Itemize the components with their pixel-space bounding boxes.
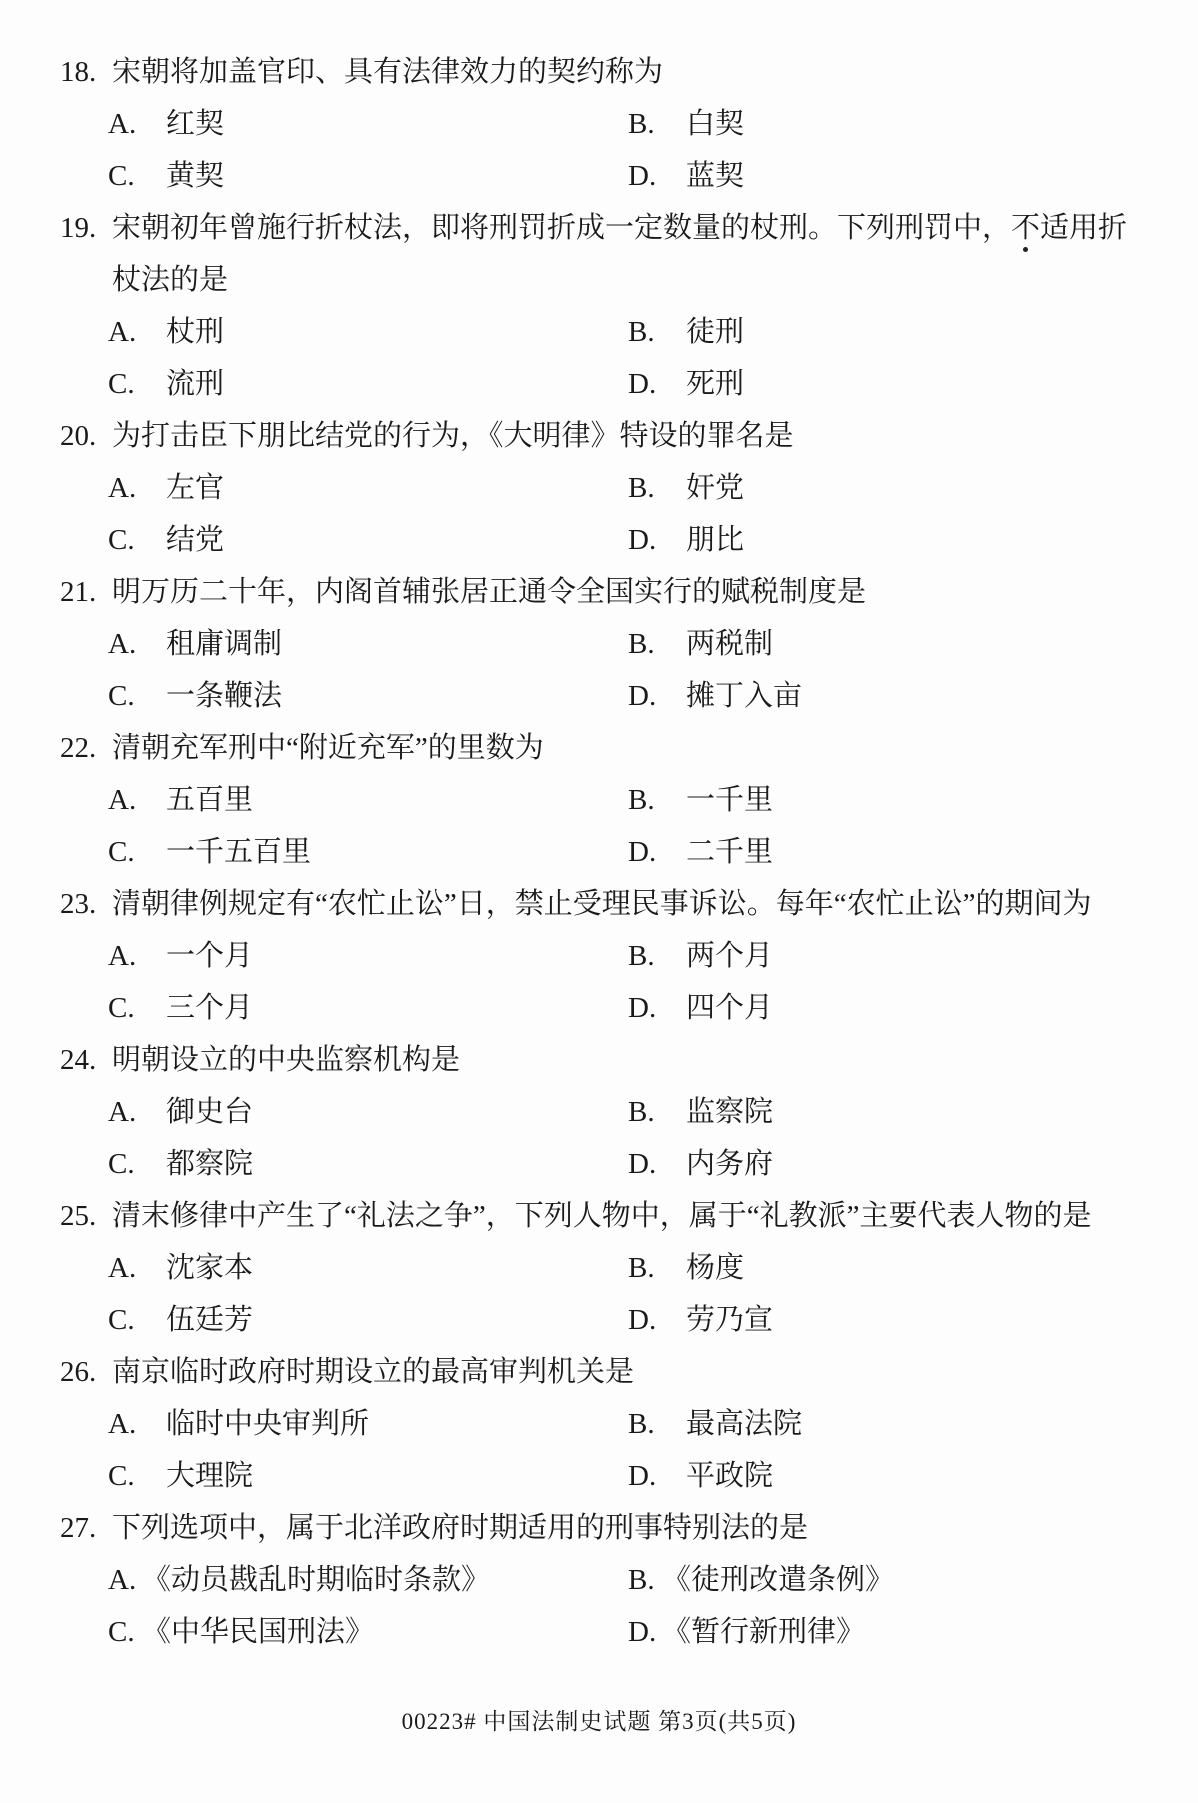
option-text: 死刑 <box>686 368 744 400</box>
option-letter: A. <box>108 618 166 670</box>
option-c: C.流刑 <box>108 368 224 400</box>
option-a: A.杖刑 <box>108 316 224 348</box>
option-text: 监察院 <box>686 1096 773 1128</box>
option-b: B.两个月 <box>628 930 773 982</box>
option-letter: A. <box>108 1086 166 1138</box>
option-letter: B. <box>628 1398 686 1450</box>
option-text: 《动员戡乱时期临时条款》 <box>142 1564 490 1596</box>
option-letter: B. <box>628 306 686 358</box>
option-text: 两个月 <box>686 940 773 972</box>
option-b: B.一千里 <box>628 774 773 826</box>
option-text: 《徒刑改遣条例》 <box>662 1564 894 1596</box>
option-text: 杨度 <box>686 1252 744 1284</box>
option-text: 五百里 <box>166 784 253 816</box>
option-text: 四个月 <box>686 992 773 1024</box>
option-letter: D. <box>628 1294 686 1346</box>
question-block: 20. 为打击臣下朋比结党的行为，《大明律》特设的罪名是 A.左官 B.奸党 C… <box>60 410 1152 566</box>
option-c: C.黄契 <box>108 160 224 192</box>
option-a: A.一个月 <box>108 940 253 972</box>
question-text: 宋朝初年曾施行折杖法，即将刑罚折成一定数量的杖刑。下列刑罚中，不适用折杖法的是 <box>112 202 1152 306</box>
option-letter: A. <box>108 1398 166 1450</box>
option-b: B.奸党 <box>628 462 744 514</box>
option-d: D.蓝契 <box>628 150 744 202</box>
option-letter: C. <box>108 1606 142 1658</box>
option-a: A.租庸调制 <box>108 628 282 660</box>
option-text: 徒刑 <box>686 316 744 348</box>
option-text: 沈家本 <box>166 1252 253 1284</box>
option-text: 临时中央审判所 <box>166 1408 369 1440</box>
option-d: D.内务府 <box>628 1138 773 1190</box>
option-text: 一千五百里 <box>166 836 311 868</box>
option-letter: C. <box>108 1450 166 1502</box>
option-text: 二千里 <box>686 836 773 868</box>
option-c: C.一千五百里 <box>108 836 311 868</box>
option-c: C.一条鞭法 <box>108 680 282 712</box>
option-d: D.死刑 <box>628 358 744 410</box>
question-block: 21. 明万历二十年，内阁首辅张居正通令全国实行的赋税制度是 A.租庸调制 B.… <box>60 566 1152 722</box>
option-c: C.结党 <box>108 524 224 556</box>
option-b: B.监察院 <box>628 1086 773 1138</box>
option-d: D.二千里 <box>628 826 773 878</box>
option-a: A.五百里 <box>108 784 253 816</box>
option-letter: D. <box>628 358 686 410</box>
option-text: 两税制 <box>686 628 773 660</box>
option-letter: C. <box>108 1294 166 1346</box>
question-number: 18. <box>60 46 112 98</box>
question-number: 25. <box>60 1190 112 1242</box>
exam-content: 18. 宋朝将加盖官印、具有法律效力的契约称为 A.红契 B.白契 C.黄契 D… <box>60 46 1152 1658</box>
option-text: 《暂行新刑律》 <box>662 1616 865 1648</box>
question-block: 25. 清末修律中产生了“礼法之争”，下列人物中，属于“礼教派”主要代表人物的是… <box>60 1190 1152 1346</box>
option-text: 一个月 <box>166 940 253 972</box>
question-text: 明朝设立的中央监察机构是 <box>112 1034 1152 1086</box>
option-text: 朋比 <box>686 524 744 556</box>
option-b: B.徒刑 <box>628 306 744 358</box>
option-text: 三个月 <box>166 992 253 1024</box>
question-number: 21. <box>60 566 112 618</box>
option-letter: C. <box>108 982 166 1034</box>
question-text: 清朝充军刑中“附近充军”的里数为 <box>112 722 1152 774</box>
option-text: 摊丁入亩 <box>686 680 802 712</box>
option-letter: D. <box>628 514 686 566</box>
question-text: 南京临时政府时期设立的最高审判机关是 <box>112 1346 1152 1398</box>
question-text: 下列选项中，属于北洋政府时期适用的刑事特别法的是 <box>112 1502 1152 1554</box>
option-b: B.白契 <box>628 98 744 150</box>
option-c: C.三个月 <box>108 992 253 1024</box>
question-number: 27. <box>60 1502 112 1554</box>
option-d: D.朋比 <box>628 514 744 566</box>
option-text: 蓝契 <box>686 160 744 192</box>
question-block: 23. 清朝律例规定有“农忙止讼”日，禁止受理民事诉讼。每年“农忙止讼”的期间为… <box>60 878 1152 1034</box>
option-letter: B. <box>628 774 686 826</box>
question-number: 22. <box>60 722 112 774</box>
option-text: 白契 <box>686 108 744 140</box>
option-letter: B. <box>628 930 686 982</box>
option-letter: B. <box>628 1554 662 1606</box>
question-number: 26. <box>60 1346 112 1398</box>
option-text: 平政院 <box>686 1460 773 1492</box>
question-text: 为打击臣下朋比结党的行为，《大明律》特设的罪名是 <box>112 410 1152 462</box>
option-d: D.劳乃宣 <box>628 1294 773 1346</box>
option-letter: D. <box>628 150 686 202</box>
option-a: A.沈家本 <box>108 1252 253 1284</box>
option-letter: D. <box>628 1138 686 1190</box>
option-text: 黄契 <box>166 160 224 192</box>
option-c: C.都察院 <box>108 1148 253 1180</box>
option-a: A.御史台 <box>108 1096 253 1128</box>
question-number: 19. <box>60 202 112 306</box>
option-text: 劳乃宣 <box>686 1304 773 1336</box>
option-b: B.最高法院 <box>628 1398 802 1450</box>
option-letter: D. <box>628 670 686 722</box>
option-text: 一千里 <box>686 784 773 816</box>
option-text: 结党 <box>166 524 224 556</box>
option-letter: B. <box>628 98 686 150</box>
option-d: D.四个月 <box>628 982 773 1034</box>
option-b: B.杨度 <box>628 1242 744 1294</box>
option-letter: D. <box>628 982 686 1034</box>
option-letter: D. <box>628 826 686 878</box>
option-d: D.摊丁入亩 <box>628 670 802 722</box>
page-footer: 00223# 中国法制史试题 第3页(共5页) <box>0 1698 1198 1746</box>
option-letter: C. <box>108 514 166 566</box>
option-letter: C. <box>108 358 166 410</box>
option-letter: B. <box>628 462 686 514</box>
exam-page: 18. 宋朝将加盖官印、具有法律效力的契约称为 A.红契 B.白契 C.黄契 D… <box>0 0 1198 1803</box>
option-letter: A. <box>108 1242 166 1294</box>
option-text: 伍廷芳 <box>166 1304 253 1336</box>
question-block: 18. 宋朝将加盖官印、具有法律效力的契约称为 A.红契 B.白契 C.黄契 D… <box>60 46 1152 202</box>
option-letter: C. <box>108 670 166 722</box>
option-a: A.《动员戡乱时期临时条款》 <box>108 1564 490 1596</box>
question-number: 23. <box>60 878 112 930</box>
option-letter: C. <box>108 150 166 202</box>
option-d: D.《暂行新刑律》 <box>628 1606 865 1658</box>
option-letter: D. <box>628 1606 662 1658</box>
option-text: 租庸调制 <box>166 628 282 660</box>
question-text: 明万历二十年，内阁首辅张居正通令全国实行的赋税制度是 <box>112 566 1152 618</box>
option-letter: A. <box>108 306 166 358</box>
option-text: 流刑 <box>166 368 224 400</box>
option-letter: B. <box>628 618 686 670</box>
question-number: 20. <box>60 410 112 462</box>
option-letter: C. <box>108 826 166 878</box>
option-text: 内务府 <box>686 1148 773 1180</box>
option-b: B.《徒刑改遣条例》 <box>628 1554 894 1606</box>
option-a: A.左官 <box>108 472 224 504</box>
option-letter: A. <box>108 98 166 150</box>
option-text: 一条鞭法 <box>166 680 282 712</box>
option-text: 御史台 <box>166 1096 253 1128</box>
option-c: C.大理院 <box>108 1460 253 1492</box>
question-block: 24. 明朝设立的中央监察机构是 A.御史台 B.监察院 C.都察院 D.内务府 <box>60 1034 1152 1190</box>
option-text: 《中华民国刑法》 <box>142 1616 374 1648</box>
question-number: 24. <box>60 1034 112 1086</box>
option-letter: A. <box>108 930 166 982</box>
question-block: 27. 下列选项中，属于北洋政府时期适用的刑事特别法的是 A.《动员戡乱时期临时… <box>60 1502 1152 1658</box>
question-block: 22. 清朝充军刑中“附近充军”的里数为 A.五百里 B.一千里 C.一千五百里… <box>60 722 1152 878</box>
option-c: C.《中华民国刑法》 <box>108 1616 374 1648</box>
question-block: 19. 宋朝初年曾施行折杖法，即将刑罚折成一定数量的杖刑。下列刑罚中，不适用折杖… <box>60 202 1152 410</box>
option-letter: B. <box>628 1242 686 1294</box>
option-letter: B. <box>628 1086 686 1138</box>
option-text: 大理院 <box>166 1460 253 1492</box>
question-text: 清末修律中产生了“礼法之争”，下列人物中，属于“礼教派”主要代表人物的是 <box>112 1190 1152 1242</box>
option-letter: A. <box>108 1554 142 1606</box>
option-text: 杖刑 <box>166 316 224 348</box>
option-text: 左官 <box>166 472 224 504</box>
question-text: 宋朝将加盖官印、具有法律效力的契约称为 <box>112 46 1152 98</box>
option-d: D.平政院 <box>628 1450 773 1502</box>
option-text: 最高法院 <box>686 1408 802 1440</box>
option-text: 奸党 <box>686 472 744 504</box>
option-b: B.两税制 <box>628 618 773 670</box>
question-text-pre: 宋朝初年曾施行折杖法，即将刑罚折成一定数量的杖刑。下列刑罚中， <box>112 212 1011 244</box>
option-text: 红契 <box>166 108 224 140</box>
question-text: 清朝律例规定有“农忙止讼”日，禁止受理民事诉讼。每年“农忙止讼”的期间为 <box>112 878 1152 930</box>
emphasized-char: 不 <box>1011 212 1040 244</box>
option-letter: A. <box>108 462 166 514</box>
option-letter: C. <box>108 1138 166 1190</box>
question-block: 26. 南京临时政府时期设立的最高审判机关是 A.临时中央审判所 B.最高法院 … <box>60 1346 1152 1502</box>
option-letter: A. <box>108 774 166 826</box>
option-letter: D. <box>628 1450 686 1502</box>
option-c: C.伍廷芳 <box>108 1304 253 1336</box>
option-a: A.临时中央审判所 <box>108 1408 369 1440</box>
option-text: 都察院 <box>166 1148 253 1180</box>
option-a: A.红契 <box>108 108 224 140</box>
